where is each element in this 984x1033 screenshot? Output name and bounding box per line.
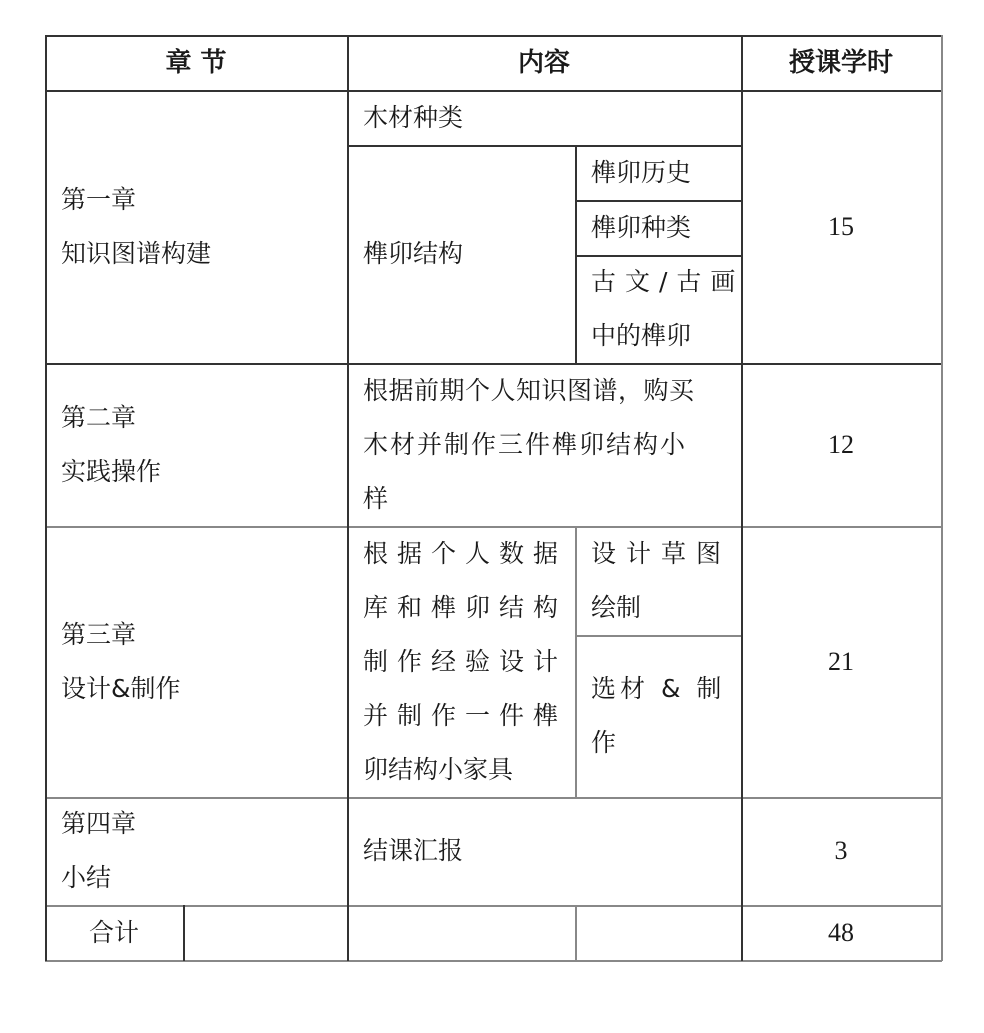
sub-item-text: 绘制 <box>591 581 731 635</box>
row1-content-wood-types: 木材种类 <box>347 90 741 145</box>
sub-item-text: 榫卯种类 <box>591 201 731 255</box>
total-hours-cell: 48 <box>741 905 941 961</box>
row3-hours: 21 <box>741 526 941 797</box>
total-empty-cell-3 <box>575 905 741 961</box>
row1-sub-ancient: 古文/古画 中的榫卯 <box>575 255 741 363</box>
row2-content: 根据前期个人知识图谱，购买 木材并制作三件榫卯结构小 样 <box>347 363 741 526</box>
sub-item-text: 设计草图 <box>591 527 731 581</box>
chapter-number: 第三章 <box>61 608 337 662</box>
row4-chapter: 第四章 小结 <box>45 797 347 905</box>
content-line: 库和榫卯结构 <box>363 581 565 635</box>
chapter-number: 第四章 <box>61 797 337 851</box>
row3-sub-materials: 选材 & 制 作 <box>575 635 741 797</box>
row4-content: 结课汇报 <box>347 797 741 905</box>
hours-value: 21 <box>828 635 854 689</box>
content-line: 根据前期个人知识图谱，购买 <box>363 364 731 418</box>
content-line: 样 <box>363 472 731 526</box>
total-hours-value: 48 <box>828 906 854 960</box>
total-label: 合计 <box>89 906 139 960</box>
hours-value: 3 <box>835 824 848 878</box>
chapter-title: 小结 <box>61 851 337 905</box>
content-line: 并制作一件榫 <box>363 689 565 743</box>
row4-hours: 3 <box>741 797 941 905</box>
total-label-cell: 合计 <box>45 905 183 961</box>
row3-chapter: 第三章 设计&制作 <box>45 526 347 797</box>
header-chapter: 章 节 <box>45 35 347 91</box>
content-line: 根据个人数据 <box>363 527 565 581</box>
content-text: 结课汇报 <box>363 824 731 878</box>
row1-content-joinery-structure: 榫卯结构 <box>347 145 575 363</box>
course-schedule-table: 章 节 内容 授课学时 第一章 知识图谱构建 木材种类 榫卯结构 榫卯历史 榫卯… <box>0 0 984 1033</box>
header-content: 内容 <box>347 35 741 91</box>
border-right <box>941 35 943 961</box>
content-text: 榫卯结构 <box>363 227 565 281</box>
row3-content-main: 根据个人数据 库和榫卯结构 制作经验设计 并制作一件榫 卯结构小家具 <box>347 526 575 797</box>
header-chapter-label: 章 节 <box>165 36 226 90</box>
content-line: 木材并制作三件榫卯结构小 <box>363 418 731 472</box>
content-line: 制作经验设计 <box>363 635 565 689</box>
row1-chapter: 第一章 知识图谱构建 <box>45 90 347 363</box>
row1-hours: 15 <box>741 90 941 363</box>
chapter-number: 第一章 <box>61 173 337 227</box>
chapter-title: 实践操作 <box>61 445 337 499</box>
hours-value: 15 <box>828 200 854 254</box>
sub-item-text: 古文/古画 <box>591 255 731 309</box>
sub-item-text: 中的榫卯 <box>591 309 731 363</box>
sub-item-text: 选材 & 制 <box>591 662 731 716</box>
header-hours: 授课学时 <box>741 35 941 91</box>
chapter-title: 知识图谱构建 <box>61 227 337 281</box>
chapter-title: 设计&制作 <box>61 662 337 716</box>
content-text: 木材种类 <box>363 91 731 145</box>
row2-hours: 12 <box>741 363 941 526</box>
header-content-label: 内容 <box>518 36 570 90</box>
row3-sub-sketch: 设计草图 绘制 <box>575 526 741 635</box>
row1-sub-history: 榫卯历史 <box>575 145 741 200</box>
header-hours-label: 授课学时 <box>789 36 893 90</box>
content-line: 卯结构小家具 <box>363 743 565 797</box>
sub-item-text: 作 <box>591 716 731 770</box>
sub-item-text: 榫卯历史 <box>591 146 731 200</box>
row2-chapter: 第二章 实践操作 <box>45 363 347 526</box>
row1-sub-types: 榫卯种类 <box>575 200 741 255</box>
chapter-number: 第二章 <box>61 391 337 445</box>
total-empty-cell-2 <box>347 905 575 961</box>
total-empty-cell-1 <box>183 905 347 961</box>
hours-value: 12 <box>828 418 854 472</box>
